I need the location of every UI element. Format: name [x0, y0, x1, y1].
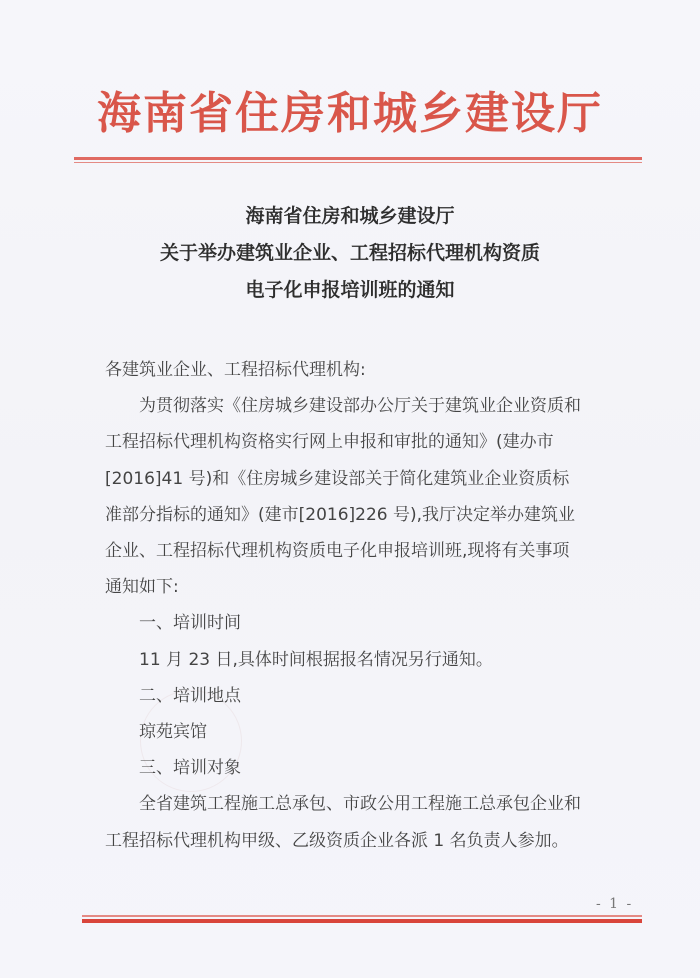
section-content-audience: 全省建筑工程施工总承包、市政公用工程施工总承包企业和 — [105, 786, 635, 822]
section-content-audience: 工程招标代理机构甲级、乙级资质企业各派 1 名负责人参加。 — [105, 823, 635, 859]
section-heading-time: 一、培训时间 — [105, 605, 635, 641]
salutation: 各建筑业企业、工程招标代理机构: — [105, 352, 635, 388]
section-content-location: 琼苑宾馆 — [105, 714, 635, 750]
masthead-rule-thin — [74, 162, 642, 163]
section-heading-location: 二、培训地点 — [105, 678, 635, 714]
masthead-rule-thick — [74, 157, 642, 160]
intro-line: 为贯彻落实《住房城乡建设部办公厅关于建筑业企业资质和 — [105, 388, 635, 424]
page-number: - 1 - — [596, 896, 633, 912]
footer-rule-thick — [82, 919, 642, 923]
intro-line: 准部分指标的通知》(建市[2016]226 号),我厅决定举办建筑业 — [105, 497, 635, 533]
masthead-title: 海南省住房和城乡建设厅 — [0, 84, 700, 144]
title-line-1: 海南省住房和城乡建设厅 — [0, 198, 700, 235]
document-page: 海南省住房和城乡建设厅 海南省住房和城乡建设厅 关于举办建筑业企业、工程招标代理… — [0, 0, 700, 978]
section-heading-audience: 三、培训对象 — [105, 750, 635, 786]
intro-line: 工程招标代理机构资格实行网上申报和审批的通知》(建办市 — [105, 424, 635, 460]
title-line-3: 电子化申报培训班的通知 — [0, 272, 700, 309]
title-line-2: 关于举办建筑业企业、工程招标代理机构资质 — [0, 235, 700, 272]
intro-line: 企业、工程招标代理机构资质电子化申报培训班,现将有关事项 — [105, 533, 635, 569]
section-content-time: 11 月 23 日,具体时间根据报名情况另行通知。 — [105, 642, 635, 678]
intro-line: 通知如下: — [105, 569, 635, 605]
intro-line: [2016]41 号)和《住房城乡建设部关于简化建筑业企业资质标 — [105, 461, 635, 497]
document-body: 各建筑业企业、工程招标代理机构: 为贯彻落实《住房城乡建设部办公厅关于建筑业企业… — [105, 352, 635, 859]
document-title: 海南省住房和城乡建设厅 关于举办建筑业企业、工程招标代理机构资质 电子化申报培训… — [0, 198, 700, 309]
footer-rule-thin — [82, 915, 642, 917]
